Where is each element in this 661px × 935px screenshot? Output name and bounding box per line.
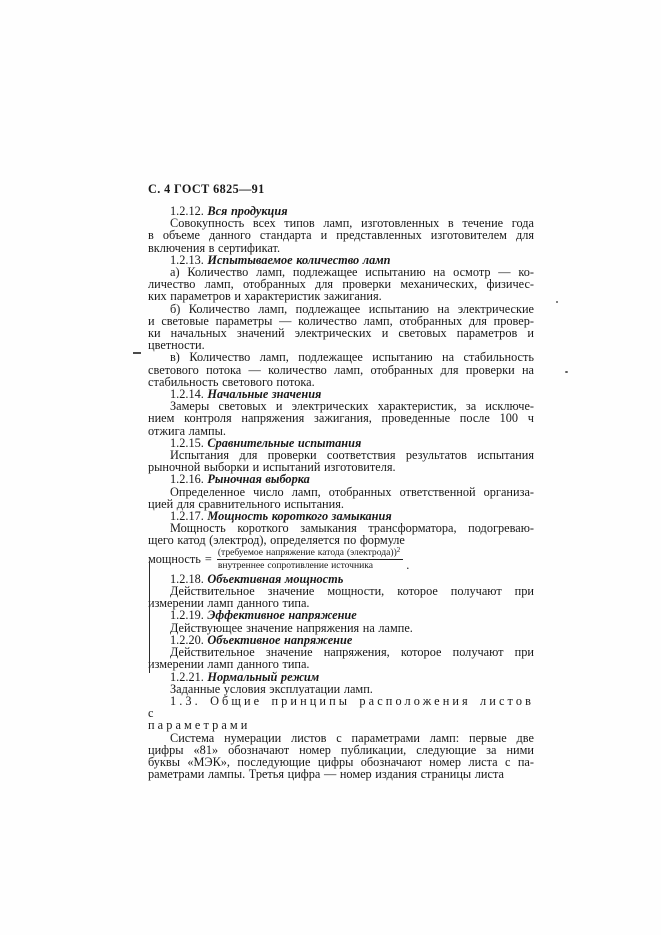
paragraph-line: Система нумерации листов с параметрами л… [148,732,534,744]
text-column: 1.2.12. Вся продукцияСовокупность всех т… [148,205,534,780]
paragraph-line: светового потока — количество ламп, отоб… [148,364,534,376]
paragraph-line: б) Количество ламп, подлежащее испытанию… [148,303,534,315]
section-heading-line: 1.3. Общие принципы расположения листов … [148,695,534,719]
paragraph-line: нием контроля напряжения зажигания, пров… [148,412,534,424]
paragraph-line: в объеме данного стандарта и представлен… [148,229,534,241]
paragraph-line: раметрами лампы. Третья цифра — номер из… [148,768,534,780]
paragraph-line: в) Количество ламп, подлежащее испытанию… [148,351,534,363]
paragraph-line: ки начальных значений электрических и св… [148,327,534,339]
revision-change-bar [149,561,151,673]
scan-speck [556,301,558,303]
formula-denominator: внутреннее сопротивление источника [217,560,403,571]
equals-sign: = [205,553,212,565]
margin-mark [133,352,141,354]
formula-numerator: (требуемое напряжение катода (электрода)… [217,548,403,560]
paragraph-line: ких параметров и характеристик зажигания… [148,290,534,302]
fraction: (требуемое напряжение катода (электрода)… [217,548,403,571]
paragraph-line: щего катод (электрод), определяется по ф… [148,534,534,546]
formula-lhs: мощность [148,553,201,565]
formula-punctuation: . [406,559,409,571]
formula-exponent: 2 [397,546,401,554]
formula: мощность=(требуемое напряжение катода (э… [148,548,534,571]
term-heading: 1.2.21. Нормальный режим [148,671,534,683]
section-heading-line: параметрами [148,719,534,731]
scan-speck [565,371,568,373]
document-page: С. 4 ГОСТ 6825—91 1.2.12. Вся продукцияС… [0,0,661,935]
running-header: С. 4 ГОСТ 6825—91 [148,182,265,197]
term-heading: 1.2.16. Рыночная выборка [148,473,534,485]
term-heading: 1.2.19. Эффективное напряжение [148,609,534,621]
